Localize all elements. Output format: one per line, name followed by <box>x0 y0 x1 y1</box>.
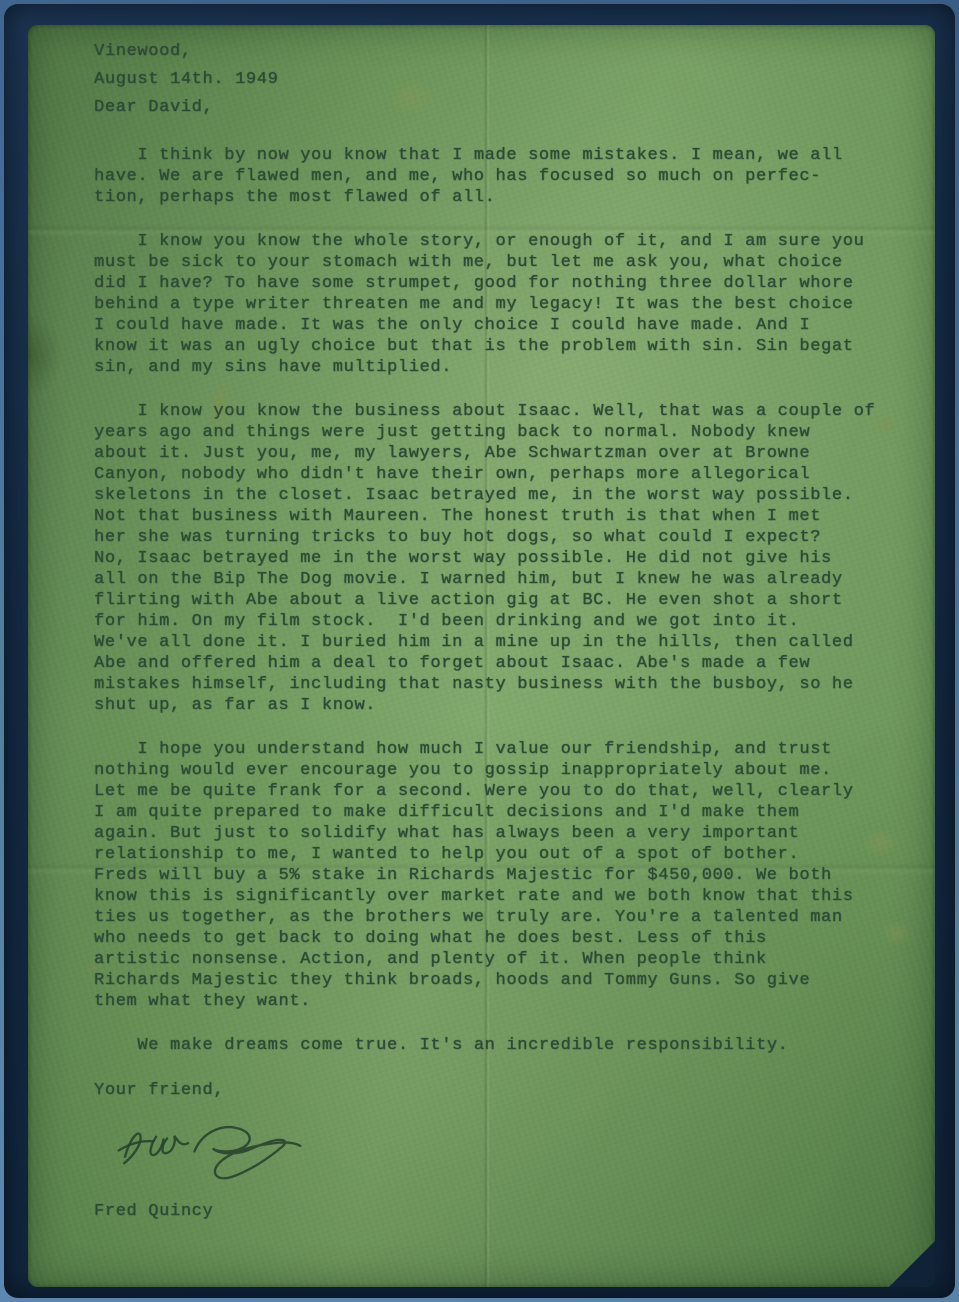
letter-paper: Vinewood, August 14th. 1949 Dear David, … <box>28 25 935 1287</box>
letter-date: August 14th. 1949 <box>94 66 894 94</box>
letter-paragraph-3: I know you know the business about Isaac… <box>94 401 894 716</box>
signature-block <box>100 1113 894 1197</box>
letter-header: Vinewood, August 14th. 1949 Dear David, <box>94 38 894 122</box>
clipped-corner <box>889 1241 935 1287</box>
typed-signature: Fred Quincy <box>94 1201 894 1222</box>
letter-paragraph-1: I think by now you know that I made some… <box>94 145 894 208</box>
letter-paragraph-2: I know you know the whole story, or enou… <box>94 231 894 378</box>
letter-photo: Vinewood, August 14th. 1949 Dear David, … <box>0 0 959 1302</box>
letter-paragraph-5: We make dreams come true. It's an incred… <box>94 1035 894 1056</box>
photo-frame: Vinewood, August 14th. 1949 Dear David, … <box>4 4 955 1298</box>
letter-valediction: Your friend, <box>94 1080 894 1101</box>
letter-location: Vinewood, <box>94 38 894 66</box>
letter-salutation: Dear David, <box>94 94 894 122</box>
handwritten-signature-icon <box>100 1113 340 1197</box>
letter-content: Vinewood, August 14th. 1949 Dear David, … <box>28 25 934 1222</box>
letter-paragraph-4: I hope you understand how much I value o… <box>94 739 894 1012</box>
